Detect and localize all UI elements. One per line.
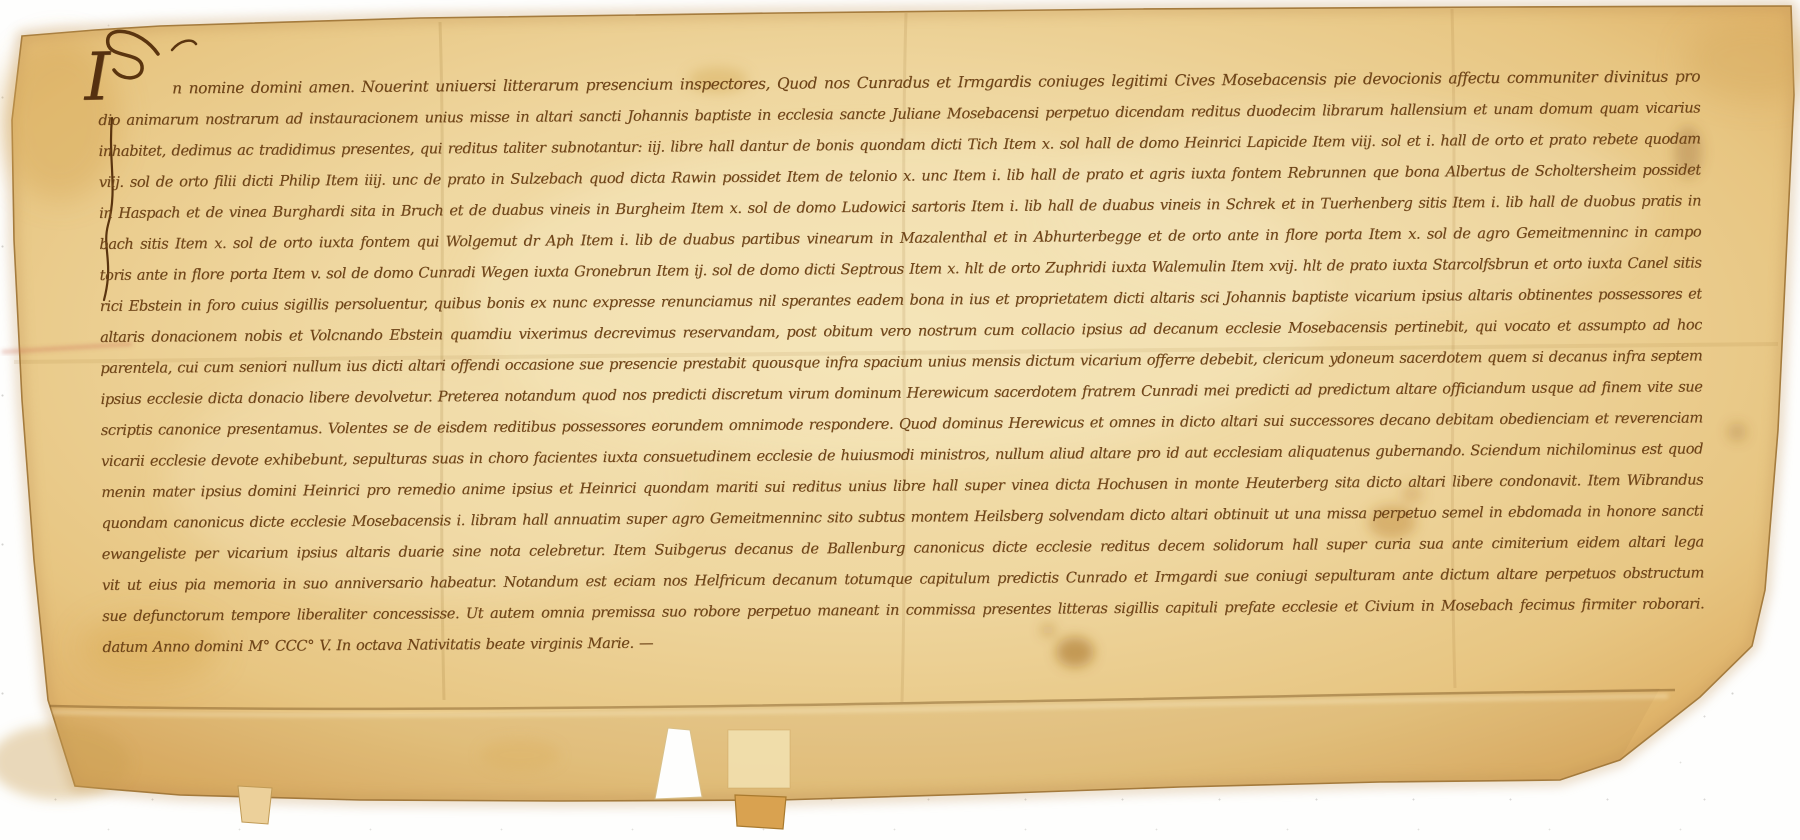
charter-text-block: n nomine domini amen. Nouerint uniuersi … [98, 61, 1705, 663]
hanging-strip [238, 786, 272, 824]
plica-patch [728, 730, 790, 788]
seal-tag [735, 795, 786, 829]
